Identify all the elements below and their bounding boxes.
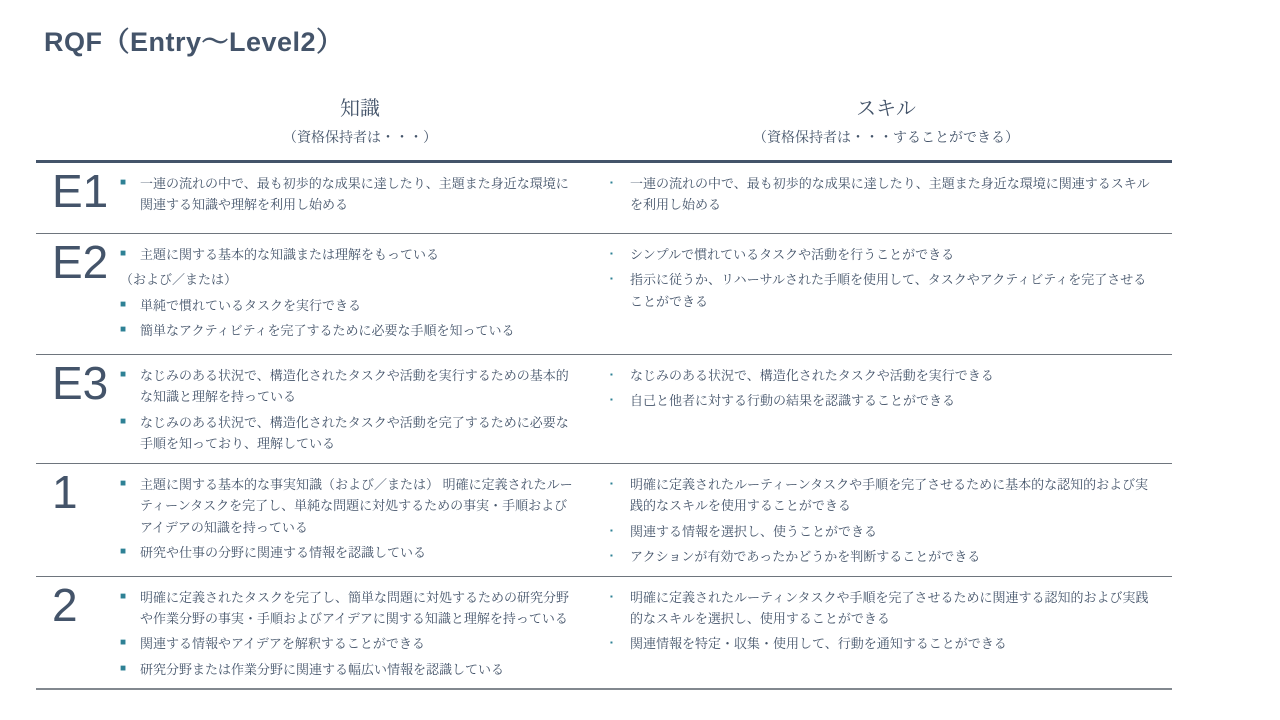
- skill-cell: ▪シンプルで慣れているタスクや活動を行うことができる▪指示に従うか、リハーサルさ…: [600, 234, 1172, 354]
- bullet-square-icon: ▪: [610, 587, 621, 630]
- list-item-text: 研究や仕事の分野に関連する情報を認識している: [140, 542, 576, 563]
- bullet-square-icon: ■: [120, 474, 131, 538]
- page-title: RQF（Entry～Level2）: [44, 20, 344, 59]
- table-row: E2■主題に関する基本的な知識または理解をもっている（および／または）■単純で慣…: [36, 234, 1172, 355]
- bullet-square-icon: ■: [120, 244, 131, 265]
- table-row: 1■主題に関する基本的な事実知識（および／または） 明確に定義されたルーティーン…: [36, 464, 1172, 577]
- list-item: ▪指示に従うか、リハーサルされた手順を使用して、タスクやアクティビティを完了させ…: [610, 269, 1156, 312]
- knowledge-cell: ■一連の流れの中で、最も初歩的な成果に達したり、主題また身近な環境に関連する知識…: [120, 163, 600, 233]
- level-label: E2: [36, 234, 120, 354]
- list-item: ■主題に関する基本的な事実知識（および／または） 明確に定義されたルーティーンタ…: [120, 474, 576, 538]
- bullet-square-icon: ■: [120, 365, 131, 408]
- list-item: ▪関連する情報を選択し、使うことができる: [610, 521, 1156, 542]
- list-item: ▪明確に定義されたルーティーンタスクや手順を完了させるために基本的な認知的および…: [610, 474, 1156, 517]
- knowledge-header-label: 知識: [120, 96, 600, 122]
- list-item: ▪アクションが有効であったかどうかを判断することができる: [610, 546, 1156, 567]
- skill-cell: ▪なじみのある状況で、構造化されたタスクや活動を実行できる▪自己と他者に対する行…: [600, 355, 1172, 463]
- slide: RQF（Entry～Level2） 知識 （資格保持者は・・・） スキル （資格…: [0, 0, 1280, 720]
- knowledge-cell: ■主題に関する基本的な事実知識（および／または） 明確に定義されたルーティーンタ…: [120, 464, 600, 576]
- list-item-text: 単純で慣れているタスクを実行できる: [140, 295, 576, 316]
- list-item-text: 一連の流れの中で、最も初歩的な成果に達したり、主題また身近な環境に関連するスキル…: [630, 173, 1156, 216]
- list-item: ▪シンプルで慣れているタスクや活動を行うことができる: [610, 244, 1156, 265]
- list-item-text: 自己と他者に対する行動の結果を認識することができる: [630, 390, 1156, 411]
- list-item-text: アクションが有効であったかどうかを判断することができる: [630, 546, 1156, 567]
- list-item: ■なじみのある状況で、構造化されたタスクや活動を実行するための基本的な知識と理解…: [120, 365, 576, 408]
- table-row: E1■一連の流れの中で、最も初歩的な成果に達したり、主題また身近な環境に関連する…: [36, 163, 1172, 234]
- list-item-text: 研究分野または作業分野に関連する幅広い情報を認識している: [140, 659, 576, 680]
- list-item-text: 明確に定義されたルーティンタスクや手順を完了させるために関連する認知的および実践…: [630, 587, 1156, 630]
- list-item: ■単純で慣れているタスクを実行できる: [120, 295, 576, 316]
- list-item: ▪関連情報を特定・収集・使用して、行動を通知することができる: [610, 633, 1156, 654]
- bullet-square-icon: ■: [120, 659, 131, 680]
- bullet-square-icon: ■: [120, 173, 131, 216]
- list-item: ▪なじみのある状況で、構造化されたタスクや活動を実行できる: [610, 365, 1156, 386]
- bullet-square-icon: ▪: [610, 633, 621, 654]
- list-item: （および／または）: [120, 269, 576, 290]
- list-item: ■一連の流れの中で、最も初歩的な成果に達したり、主題また身近な環境に関連する知識…: [120, 173, 576, 216]
- list-item: ■明確に定義されたタスクを完了し、簡単な問題に対処するための研究分野や作業分野の…: [120, 587, 576, 630]
- list-item: ■研究や仕事の分野に関連する情報を認識している: [120, 542, 576, 563]
- knowledge-cell: ■主題に関する基本的な知識または理解をもっている（および／または）■単純で慣れて…: [120, 234, 600, 354]
- list-item: ▪自己と他者に対する行動の結果を認識することができる: [610, 390, 1156, 411]
- skill-cell: ▪明確に定義されたルーティンタスクや手順を完了させるために関連する認知的および実…: [600, 577, 1172, 689]
- level-label: E3: [36, 355, 120, 463]
- list-item-text: 一連の流れの中で、最も初歩的な成果に達したり、主題また身近な環境に関連する知識や…: [140, 173, 576, 216]
- list-item-text: 簡単なアクティビティを完了するために必要な手順を知っている: [140, 320, 576, 341]
- bullet-square-icon: ▪: [610, 269, 621, 312]
- list-item: ▪明確に定義されたルーティンタスクや手順を完了させるために関連する認知的および実…: [610, 587, 1156, 630]
- list-item-text: 明確に定義されたルーティーンタスクや手順を完了させるために基本的な認知的および実…: [630, 474, 1156, 517]
- table-header: 知識 （資格保持者は・・・） スキル （資格保持者は・・・することができる）: [36, 96, 1172, 147]
- rqf-table: E1■一連の流れの中で、最も初歩的な成果に達したり、主題また身近な環境に関連する…: [36, 160, 1172, 690]
- table-row: E3■なじみのある状況で、構造化されたタスクや活動を実行するための基本的な知識と…: [36, 355, 1172, 464]
- level-column-spacer: [36, 96, 120, 147]
- list-item-text: なじみのある状況で、構造化されたタスクや活動を完了するために必要な手順を知ってお…: [140, 412, 576, 455]
- level-label: E1: [36, 163, 120, 233]
- skill-header-label: スキル: [600, 96, 1172, 122]
- list-item: ■なじみのある状況で、構造化されたタスクや活動を完了するために必要な手順を知って…: [120, 412, 576, 455]
- bullet-square-icon: ■: [120, 587, 131, 630]
- list-item-text: 関連する情報を選択し、使うことができる: [630, 521, 1156, 542]
- level-label: 2: [36, 577, 120, 689]
- knowledge-cell: ■なじみのある状況で、構造化されたタスクや活動を実行するための基本的な知識と理解…: [120, 355, 600, 463]
- list-item: ■関連する情報やアイデアを解釈することができる: [120, 633, 576, 654]
- bullet-square-icon: ▪: [610, 546, 621, 567]
- bullet-square-icon: ▪: [610, 173, 621, 216]
- bullet-square-icon: ▪: [610, 365, 621, 386]
- skill-cell: ▪一連の流れの中で、最も初歩的な成果に達したり、主題また身近な環境に関連するスキ…: [600, 163, 1172, 233]
- list-item-text: 指示に従うか、リハーサルされた手順を使用して、タスクやアクティビティを完了させる…: [630, 269, 1156, 312]
- list-item-text: なじみのある状況で、構造化されたタスクや活動を実行できる: [630, 365, 1156, 386]
- bullet-square-icon: ■: [120, 633, 131, 654]
- bullet-square-icon: ▪: [610, 390, 621, 411]
- list-item-text: シンプルで慣れているタスクや活動を行うことができる: [630, 244, 1156, 265]
- skill-column-header: スキル （資格保持者は・・・することができる）: [600, 96, 1172, 147]
- list-item: ■主題に関する基本的な知識または理解をもっている: [120, 244, 576, 265]
- level-label: 1: [36, 464, 120, 576]
- skill-header-subtitle: （資格保持者は・・・することができる）: [600, 127, 1172, 147]
- list-item-text: なじみのある状況で、構造化されたタスクや活動を実行するための基本的な知識と理解を…: [140, 365, 576, 408]
- list-item-text: 主題に関する基本的な知識または理解をもっている: [140, 244, 576, 265]
- list-item-text: 関連する情報やアイデアを解釈することができる: [140, 633, 576, 654]
- bullet-square-icon: ■: [120, 295, 131, 316]
- knowledge-header-subtitle: （資格保持者は・・・）: [120, 127, 600, 147]
- bullet-square-icon: ■: [120, 412, 131, 455]
- list-item: ■研究分野または作業分野に関連する幅広い情報を認識している: [120, 659, 576, 680]
- list-item-text: 関連情報を特定・収集・使用して、行動を通知することができる: [630, 633, 1156, 654]
- skill-cell: ▪明確に定義されたルーティーンタスクや手順を完了させるために基本的な認知的および…: [600, 464, 1172, 576]
- list-item: ■簡単なアクティビティを完了するために必要な手順を知っている: [120, 320, 576, 341]
- list-item: ▪一連の流れの中で、最も初歩的な成果に達したり、主題また身近な環境に関連するスキ…: [610, 173, 1156, 216]
- knowledge-cell: ■明確に定義されたタスクを完了し、簡単な問題に対処するための研究分野や作業分野の…: [120, 577, 600, 689]
- list-item-text: 明確に定義されたタスクを完了し、簡単な問題に対処するための研究分野や作業分野の事…: [140, 587, 576, 630]
- list-item-text: （および／または）: [120, 269, 576, 290]
- bullet-square-icon: ■: [120, 320, 131, 341]
- knowledge-column-header: 知識 （資格保持者は・・・）: [120, 96, 600, 147]
- bullet-square-icon: ▪: [610, 474, 621, 517]
- bullet-square-icon: ■: [120, 542, 131, 563]
- list-item-text: 主題に関する基本的な事実知識（および／または） 明確に定義されたルーティーンタス…: [140, 474, 576, 538]
- bullet-square-icon: ▪: [610, 244, 621, 265]
- table-row: 2■明確に定義されたタスクを完了し、簡単な問題に対処するための研究分野や作業分野…: [36, 577, 1172, 691]
- bullet-square-icon: ▪: [610, 521, 621, 542]
